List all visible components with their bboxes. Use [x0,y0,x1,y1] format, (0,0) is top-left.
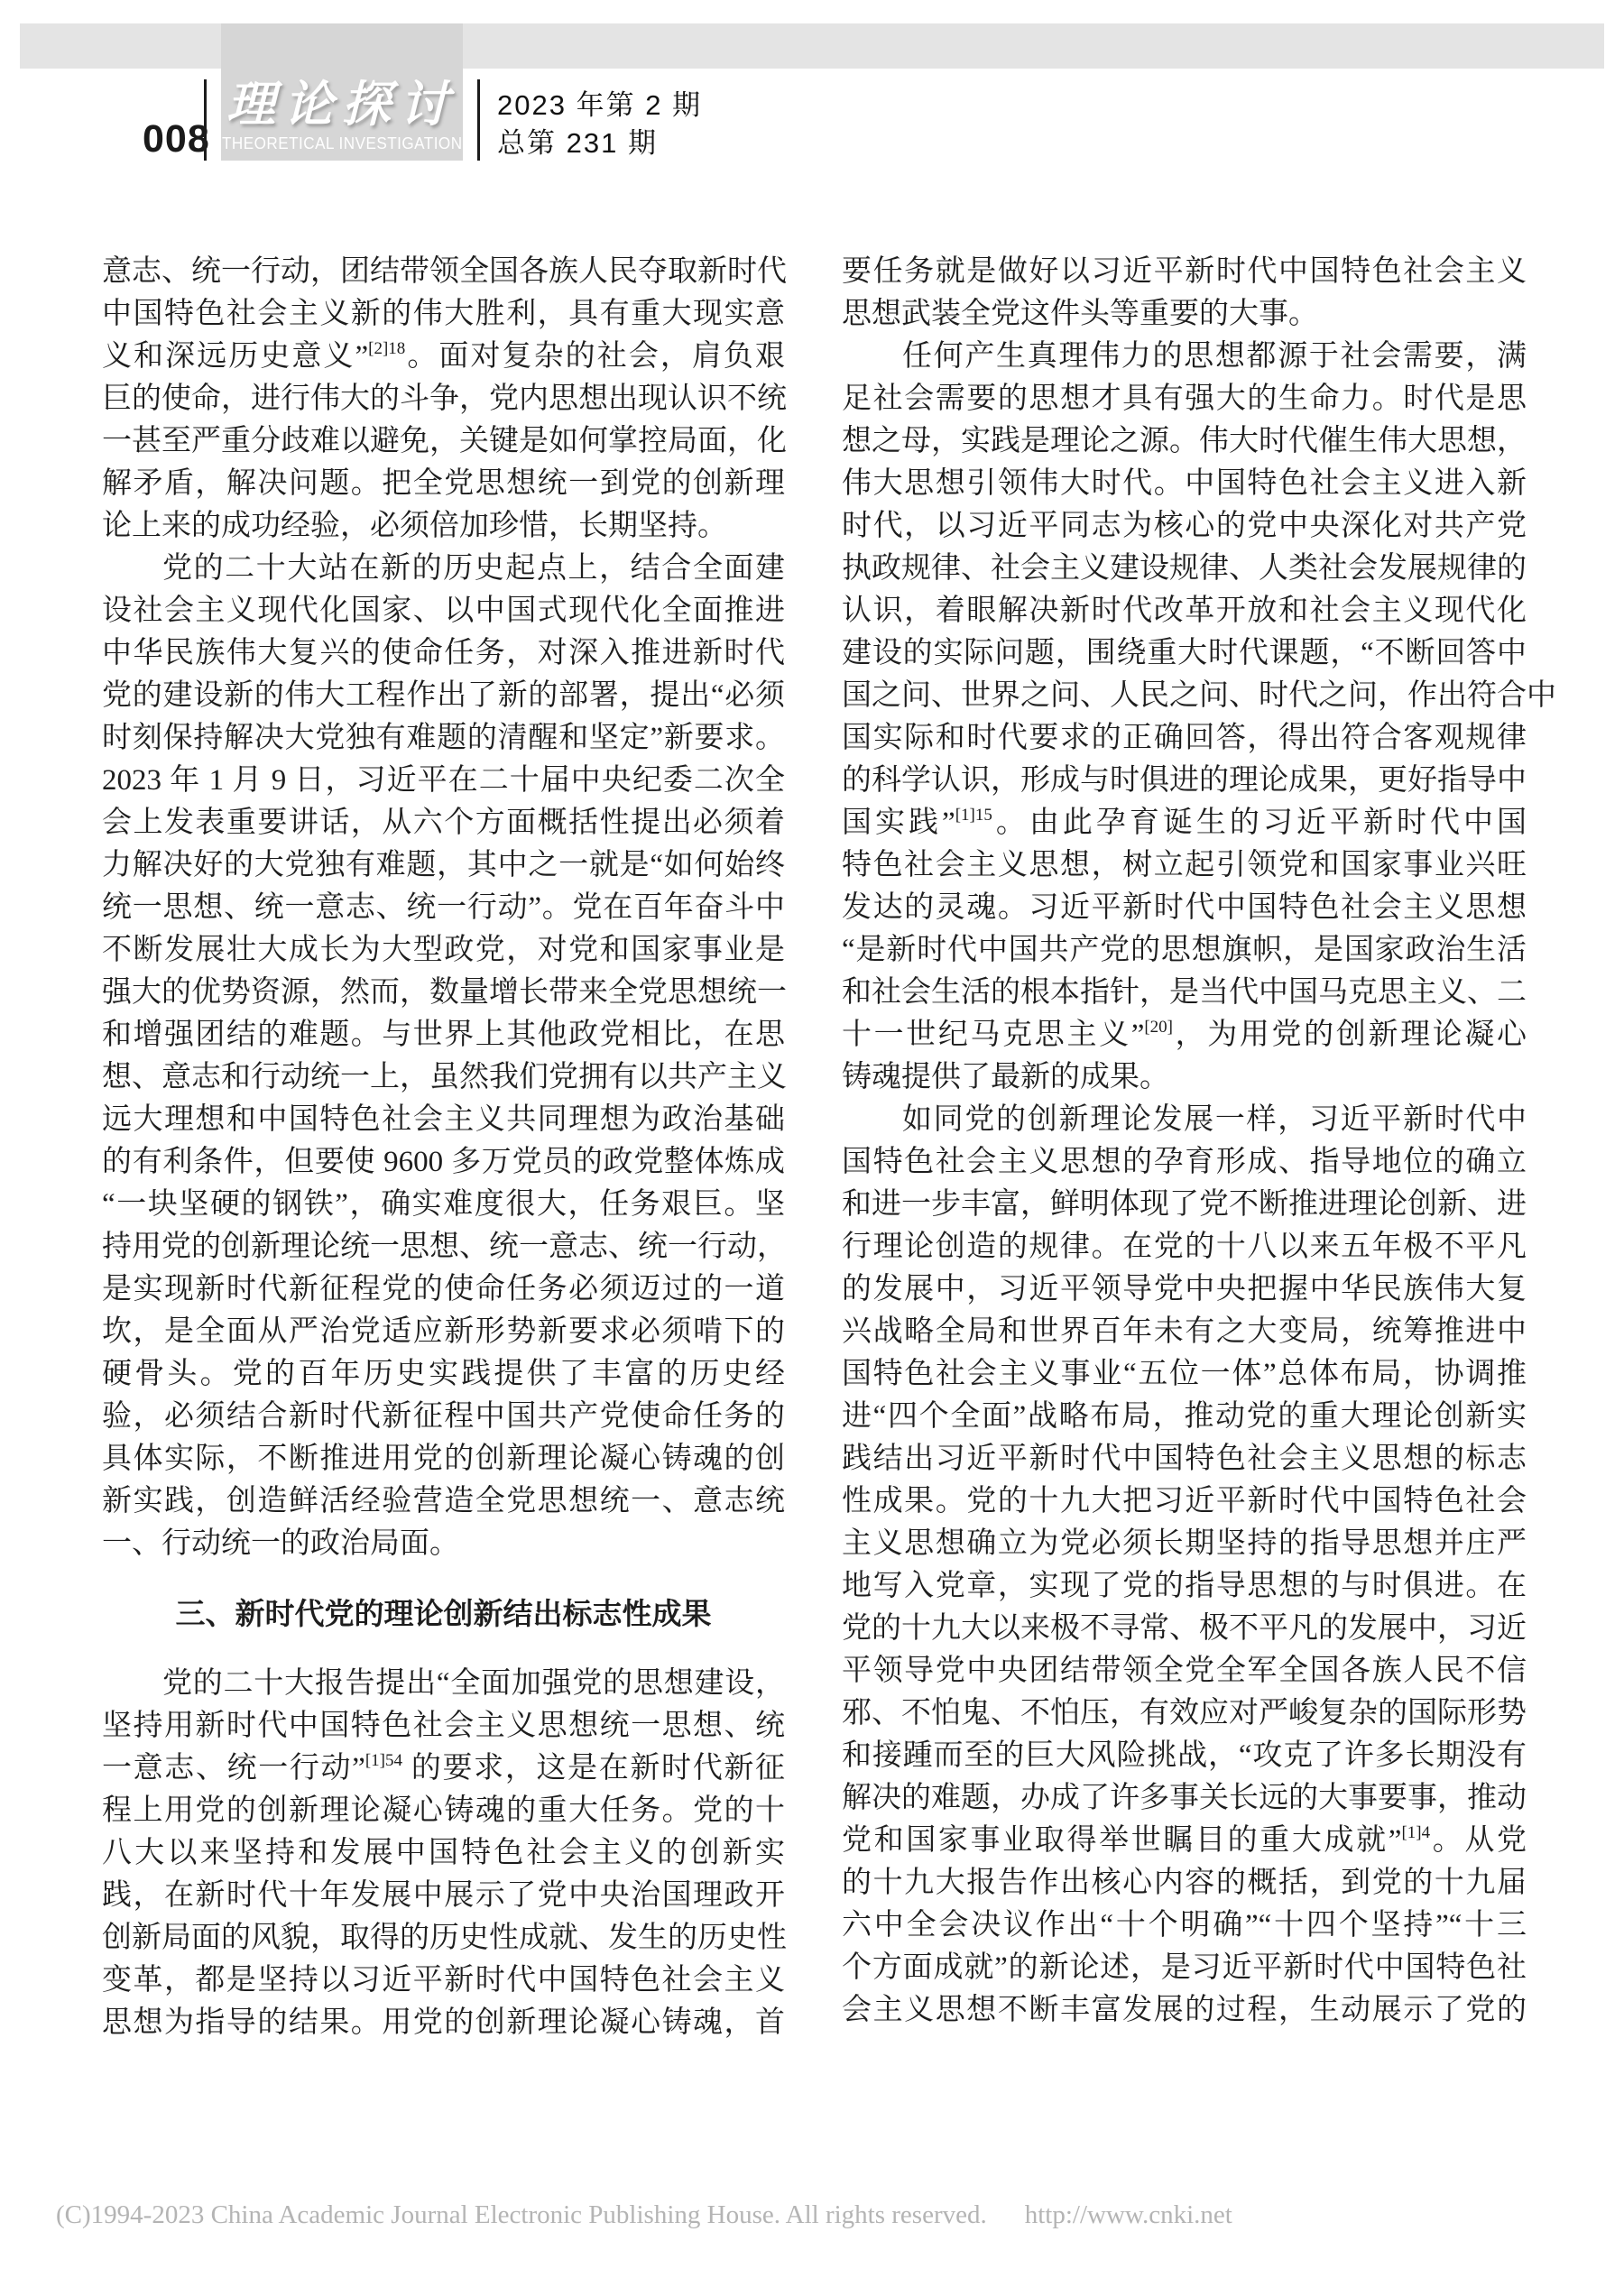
text-line: 铸魂提供了最新的成果。 [842,1056,1527,1099]
text-line: 八大以来坚持和发展中国特色社会主义的创新实 [102,1832,785,1875]
text-line: 解矛盾，解决问题。把全党思想统一到党的创新理 [102,463,785,505]
text-line: 想之母，实践是理论之源。伟大时代催生伟大思想， [842,420,1527,463]
text-line: 特色社会主义思想，树立起引领党和国家事业兴旺 [842,844,1527,887]
text-line: 是实现新时代新征程党的使命任务必须迈过的一道 [102,1268,785,1311]
text-line: 国之问、世界之问、人民之问、时代之问，作出符合中 [842,675,1527,717]
text-line: 坚持用新时代中国特色社会主义思想统一思想、统 [102,1705,785,1748]
text-line: 和进一步丰富，鲜明体现了党不断推进理论创新、进 [842,1184,1527,1226]
text-line: 和接踵而至的巨大风险挑战，“攻克了许多长期没有 [842,1735,1527,1777]
text-line: 解决的难题，办成了许多事关长远的大事要事，推动 [842,1777,1527,1820]
text-line: 义和深远历史意义”[2]18。面对复杂的社会，肩负艰 [102,336,785,378]
text-line: 六中全会决议作出“十个明确”“十四个坚持”“十三 [842,1904,1527,1947]
text-line: 时刻保持解决大党独有难题的清醒和坚定”新要求。 [102,717,785,760]
text-line: 持用党的创新理论统一思想、统一意志、统一行动， [102,1226,785,1268]
text-line: 进“四个全面”战略布局，推动党的重大理论创新实 [842,1396,1527,1438]
text-line: 会上发表重要讲话，从六个方面概括性提出必须着 [102,802,785,844]
text-line: 时代，以习近平同志为核心的党中央深化对共产党 [842,505,1527,548]
text-line: 验，必须结合新时代新征程中国共产党使命任务的 [102,1396,785,1438]
text-line: 和社会生活的根本指针，是当代中国马克思主义、二 [842,972,1527,1014]
footer-copyright: (C)1994-2023 China Academic Journal Elec… [56,2200,987,2229]
text-line: 创新局面的风貌，取得的历史性成就、发生的历史性 [102,1917,785,1960]
text-line: 伟大思想引领伟大时代。中国特色社会主义进入新 [842,463,1527,505]
text-line: 设社会主义现代化国家、以中国式现代化全面推进 [102,590,785,632]
text-line: 想、意志和行动统一上，虽然我们党拥有以共产主义 [102,1056,785,1099]
text-line: 一意志、统一行动”[1]54 的要求，这是在新时代新征 [102,1748,785,1790]
text-line: 一甚至严重分歧难以避免，关键是如何掌控局面，化 [102,420,785,463]
text-line: 十一世纪马克思主义”[20]，为用党的创新理论凝心 [842,1014,1527,1056]
text-line: 国实际和时代要求的正确回答，得出符合客观规律 [842,717,1527,760]
text-line: 如同党的创新理论发展一样，习近平新时代中 [842,1099,1527,1141]
text-line: 2023 年 1 月 9 日，习近平在二十届中央纪委二次全 [102,760,785,802]
text-line: 意志、统一行动，团结带领全国各族人民夺取新时代 [102,251,785,293]
text-line: 变革，都是坚持以习近平新时代中国特色社会主义 [102,1960,785,2002]
text-line: 的科学认识，形成与时俱进的理论成果，更好指导中 [842,760,1527,802]
text-line: 一、行动统一的政治局面。 [102,1523,785,1565]
footer-url: http://www.cnki.net [1025,2200,1232,2229]
text-line: 建设的实际问题，围绕重大时代课题，“不断回答中 [842,632,1527,675]
text-line: 中国特色社会主义新的伟大胜利，具有重大现实意 [102,293,785,336]
section-heading: 三、新时代党的理论创新结出标志性成果 [102,1594,785,1637]
journal-logo-cn: 理论探讨 [226,76,457,134]
text-line: 践，在新时代十年发展中展示了党中央治国理政开 [102,1875,785,1917]
text-line: 力解决好的大党独有难题，其中之一就是“如何始终 [102,844,785,887]
text-line: 坎，是全面从严治党适应新形势新要求必须啃下的 [102,1311,785,1353]
text-line: 党的十九大以来极不寻常、极不平凡的发展中，习近 [842,1608,1527,1650]
text-line: 强大的优势资源，然而，数量增长带来全党思想统一 [102,972,785,1014]
text-line: 和增强团结的难题。与世界上其他政党相比，在思 [102,1014,785,1056]
text-line: 远大理想和中国特色社会主义共同理想为政治基础 [102,1099,785,1141]
text-line: 党的建设新的伟大工程作出了新的部署，提出“必须 [102,675,785,717]
issue-info: 2023 年第 2 期 总第 231 期 [497,87,702,162]
text-line: 不断发展壮大成长为大型政党，对党和国家事业是 [102,929,785,972]
text-line: 主义思想确立为党必须长期坚持的指导思想并庄严 [842,1523,1527,1565]
text-line: 巨的使命，进行伟大的斗争，党内思想出现认识不统 [102,378,785,420]
text-line: 个方面成就”的新论述，是习近平新时代中国特色社 [842,1947,1527,1989]
text-line: 中华民族伟大复兴的使命任务，对深入推进新时代 [102,632,785,675]
text-line: 邪、不怕鬼、不怕压，有效应对严峻复杂的国际形势 [842,1692,1527,1735]
right-column: 要任务就是做好以习近平新时代中国特色社会主义思想武装全党这件头等重要的大事。任何… [842,251,1527,2032]
text-line: 新实践，创造鲜活经验营造全党思想统一、意志统 [102,1480,785,1523]
text-line: 平领导党中央团结带领全党全军全国各族人民不信 [842,1650,1527,1692]
text-line: 会主义思想不断丰富发展的过程，生动展示了党的 [842,1989,1527,2032]
text-line: “是新时代中国共产党的思想旗帜，是国家政治生活 [842,929,1527,972]
text-line: 足社会需要的思想才具有强大的生命力。时代是思 [842,378,1527,420]
journal-page: 008 理论探讨 THEORETICAL INVESTIGATION 2023 … [0,0,1624,2278]
text-line: “一块坚硬的钢铁”，确实难度很大，任务艰巨。坚 [102,1184,785,1226]
text-line: 论上来的成功经验，必须倍加珍惜，长期坚持。 [102,505,785,548]
header-divider-left [204,79,207,161]
text-line: 硬骨头。党的百年历史实践提供了丰富的历史经 [102,1353,785,1396]
journal-logo: 理论探讨 THEORETICAL INVESTIGATION [221,23,463,161]
footer-watermark: (C)1994-2023 China Academic Journal Elec… [56,2200,1232,2230]
text-line: 兴战略全局和世界百年未有之大变局，统筹推进中 [842,1311,1527,1353]
text-line: 统一思想、统一意志、统一行动”。党在百年奋斗中 [102,887,785,929]
text-line: 地写入党章，实现了党的指导思想的与时俱进。在 [842,1565,1527,1608]
page-number: 008 [143,117,210,161]
text-line: 行理论创造的规律。在党的十八以来五年极不平凡 [842,1226,1527,1268]
text-line: 执政规律、社会主义建设规律、人类社会发展规律的 [842,548,1527,590]
issue-number: 2023 年第 2 期 [497,87,702,125]
text-line: 践结出习近平新时代中国特色社会主义思想的标志 [842,1438,1527,1480]
text-line: 任何产生真理伟力的思想都源于社会需要，满 [842,336,1527,378]
text-line: 思想武装全党这件头等重要的大事。 [842,293,1527,336]
text-line: 性成果。党的十九大把习近平新时代中国特色社会 [842,1480,1527,1523]
text-line: 的十九大报告作出核心内容的概括，到党的十九届 [842,1862,1527,1904]
issue-total: 总第 231 期 [497,125,702,162]
text-line: 国特色社会主义思想的孕育形成、指导地位的确立 [842,1141,1527,1184]
text-line: 党和国家事业取得举世瞩目的重大成就”[1]4。从党 [842,1820,1527,1862]
text-line: 的发展中，习近平领导党中央把握中华民族伟大复 [842,1268,1527,1311]
text-line: 国实践”[1]15。由此孕育诞生的习近平新时代中国 [842,802,1527,844]
text-line: 思想为指导的结果。用党的创新理论凝心铸魂，首 [102,2002,785,2044]
header-divider-right [477,79,480,161]
text-line: 具体实际，不断推进用党的创新理论凝心铸魂的创 [102,1438,785,1480]
journal-logo-en: THEORETICAL INVESTIGATION [222,134,463,153]
text-line: 党的二十大报告提出“全面加强党的思想建设， [102,1663,785,1705]
text-line: 发达的灵魂。习近平新时代中国特色社会主义思想 [842,887,1527,929]
text-line: 要任务就是做好以习近平新时代中国特色社会主义 [842,251,1527,293]
text-line: 程上用党的创新理论凝心铸魂的重大任务。党的十 [102,1790,785,1832]
left-column: 意志、统一行动，团结带领全国各族人民夺取新时代中国特色社会主义新的伟大胜利，具有… [102,251,785,2044]
text-line: 的有利条件，但要使 9600 多万党员的政党整体炼成 [102,1141,785,1184]
text-line: 国特色社会主义事业“五位一体”总体布局，协调推 [842,1353,1527,1396]
text-line: 党的二十大站在新的历史起点上，结合全面建 [102,548,785,590]
text-line: 认识，着眼解决新时代改革开放和社会主义现代化 [842,590,1527,632]
